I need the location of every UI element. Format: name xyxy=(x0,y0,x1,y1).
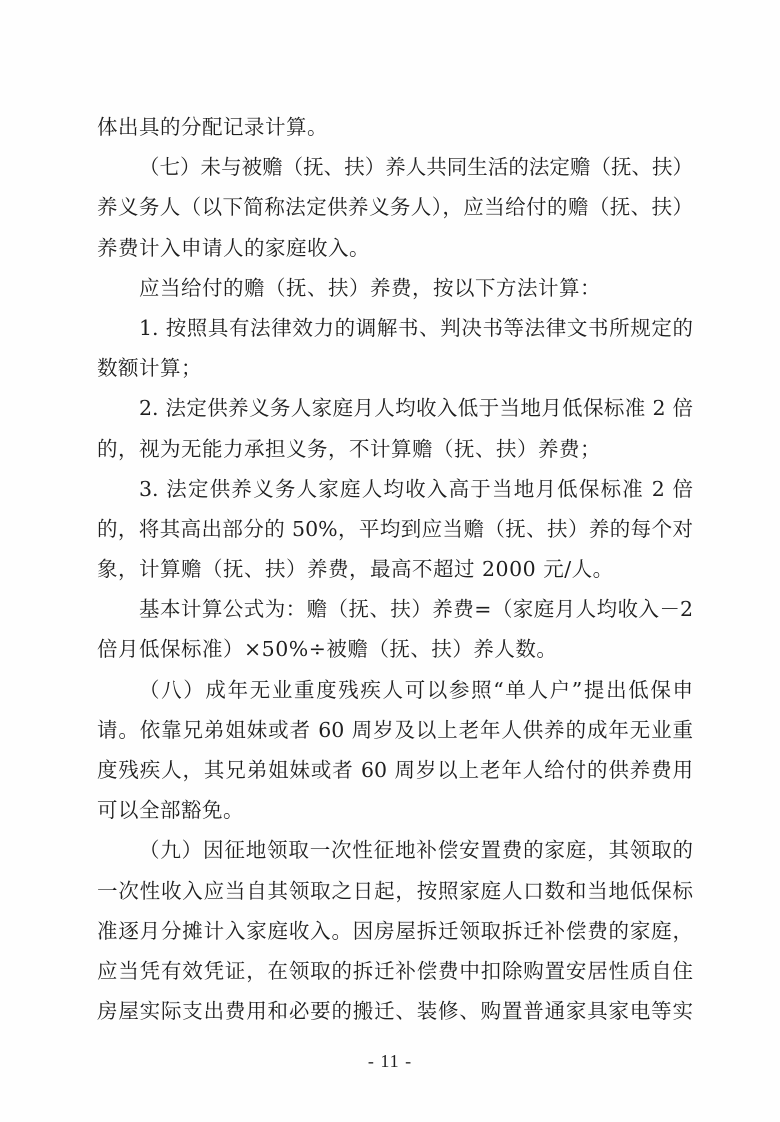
text-line-item-2: 2. 法定供养义务人家庭月人均收入低于当地月低保标准 2 倍 xyxy=(97,388,693,428)
text-line: 一次性收入应当自其领取之日起，按照家庭人口数和当地低保标 xyxy=(97,871,693,911)
page-number: - 11 - xyxy=(0,1051,780,1072)
text-line: 可以全部豁免。 xyxy=(97,790,693,830)
text-line-section-8: （八）成年无业重度残疾人可以参照“单人户”提出低保申 xyxy=(97,670,693,710)
text-line: 的，将其高出部分的 50%，平均到应当赡（抚、扶）养的每个对 xyxy=(97,509,693,549)
text-line: 请。依靠兄弟姐妹或者 60 周岁及以上老年人供养的成年无业重 xyxy=(97,710,693,750)
text-line: 度残疾人，其兄弟姐妹或者 60 周岁以上老年人给付的供养费用 xyxy=(97,750,693,790)
text-line: 养义务人（以下简称法定供养义务人），应当给付的赡（抚、扶） xyxy=(97,187,693,227)
text-line-item-3: 3. 法定供养义务人家庭人均收入高于当地月低保标准 2 倍 xyxy=(97,469,693,509)
text-line-item-1: 1. 按照具有法律效力的调解书、判决书等法律文书所规定的 xyxy=(97,308,693,348)
text-line: 数额计算； xyxy=(97,348,693,388)
text-line: 养费计入申请人的家庭收入。 xyxy=(97,228,693,268)
document-page: 体出具的分配记录计算。 （七）未与被赡（抚、扶）养人共同生活的法定赡（抚、扶） … xyxy=(0,0,780,1122)
text-line: 准逐月分摊计入家庭收入。因房屋拆迁领取拆迁补偿费的家庭， xyxy=(97,911,693,951)
text-line: 体出具的分配记录计算。 xyxy=(97,107,693,147)
text-line: 倍月低保标准）×50%÷被赡（抚、扶）养人数。 xyxy=(97,629,693,669)
text-line-formula: 基本计算公式为：赡（抚、扶）养费=（家庭月人均收入－2 xyxy=(97,589,693,629)
text-line: 应当给付的赡（抚、扶）养费，按以下方法计算： xyxy=(97,268,693,308)
text-line-section-9: （九）因征地领取一次性征地补偿安置费的家庭，其领取的 xyxy=(97,830,693,870)
text-line: 的，视为无能力承担义务，不计算赡（抚、扶）养费； xyxy=(97,429,693,469)
text-line-section-7: （七）未与被赡（抚、扶）养人共同生活的法定赡（抚、扶） xyxy=(97,147,693,187)
body-text: 体出具的分配记录计算。 （七）未与被赡（抚、扶）养人共同生活的法定赡（抚、扶） … xyxy=(97,107,693,1031)
text-line: 象，计算赡（抚、扶）养费，最高不超过 2000 元/人。 xyxy=(97,549,693,589)
text-line: 应当凭有效凭证，在领取的拆迁补偿费中扣除购置安居性质自住 xyxy=(97,951,693,991)
text-line: 房屋实际支出费用和必要的搬迁、装修、购置普通家具家电等实 xyxy=(97,991,693,1031)
